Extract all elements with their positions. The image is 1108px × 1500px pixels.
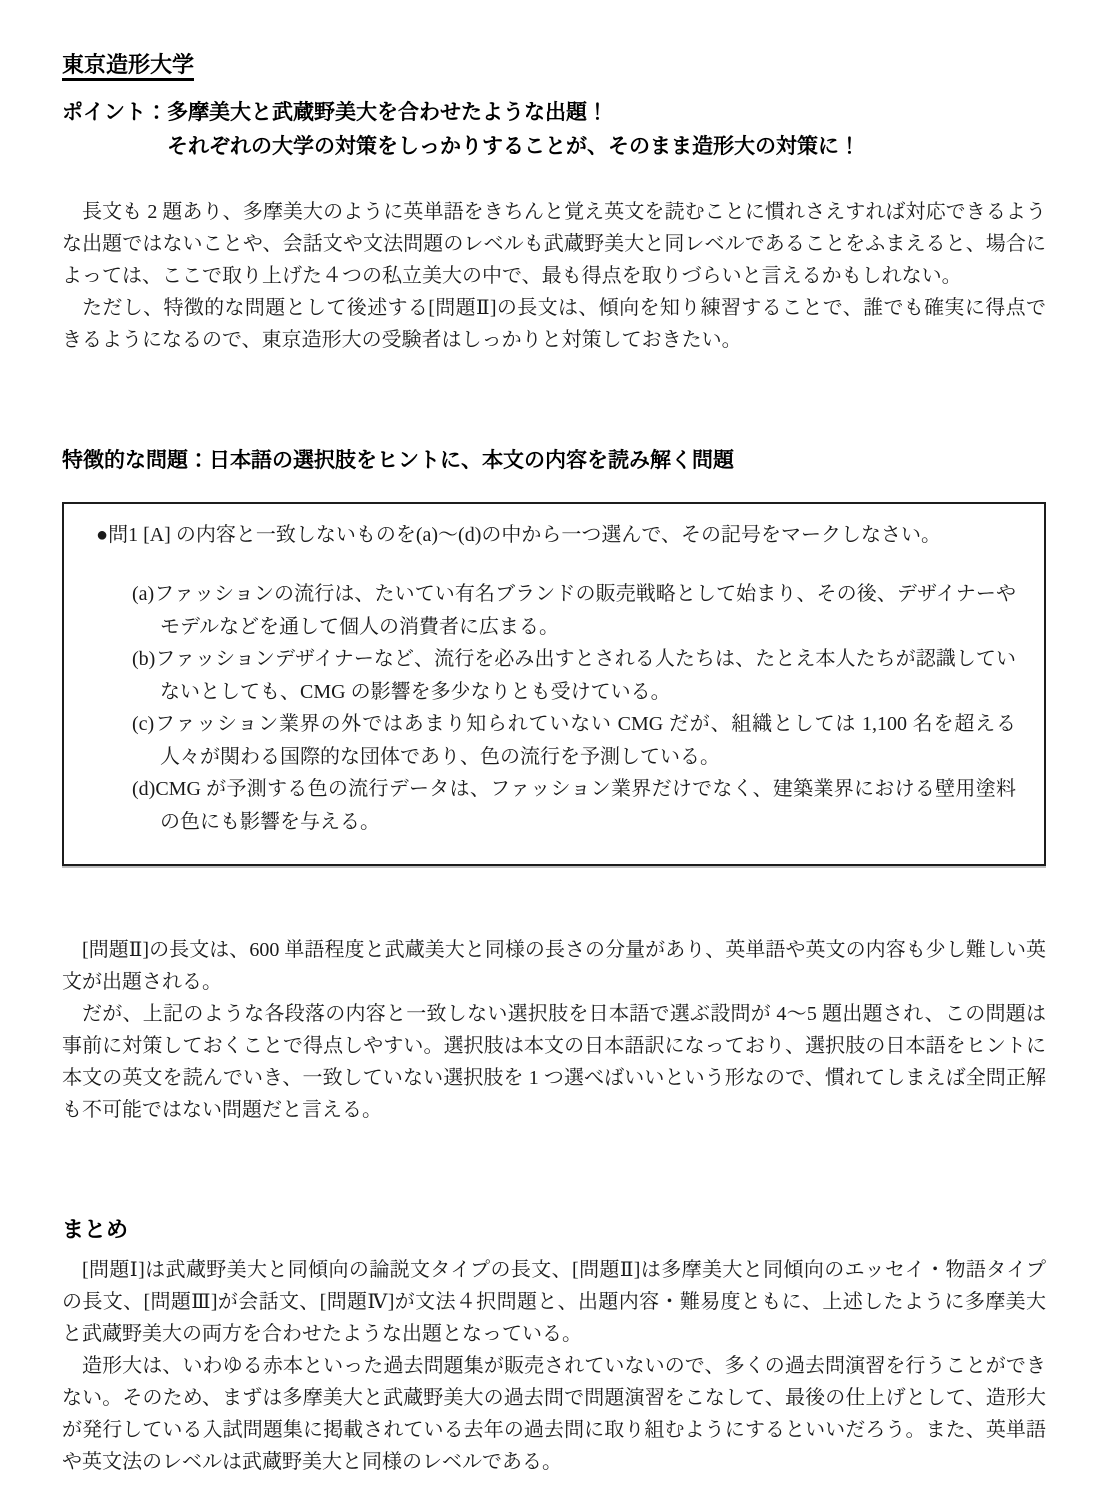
option-c-label: (c) [132, 713, 154, 735]
feature-section-heading: 特徴的な問題：日本語の選択肢をヒントに、本文の内容を読み解く問題 [62, 446, 1046, 476]
question-options: (a)ファッションの流行は、たいてい有名ブランドの販売戦略として始まり、その後、… [96, 578, 1016, 838]
question-prompt: ●問1 [A] の内容と一致しないものを(a)～(d)の中から一つ選んで、その記… [96, 518, 1016, 552]
example-question-box: ●問1 [A] の内容と一致しないものを(a)～(d)の中から一つ選んで、その記… [62, 502, 1046, 866]
document-page: 東京造形大学 ポイント： 多摩美大と武蔵野美大を合わせたような出題！ それぞれの… [0, 0, 1108, 1500]
point-line-1: 多摩美大と武蔵野美大を合わせたような出題！ [167, 96, 860, 130]
point-heading: ポイント： 多摩美大と武蔵野美大を合わせたような出題！ それぞれの大学の対策をし… [62, 96, 1046, 164]
option-b-label: (b) [132, 648, 155, 670]
summary-paragraph-2: 造形大は、いわゆる赤本といった過去問題集が販売されていないので、多くの過去問演習… [62, 1350, 1046, 1478]
option-b-text: ファッションデザイナーなど、流行を必み出すとされる人たちは、たとえ本人たちが認識… [155, 648, 1016, 703]
option-a-text: ファッションの流行は、たいてい有名ブランドの販売戦略として始まり、その後、デザイ… [154, 583, 1016, 638]
intro-section: 長文も 2 題あり、多摩美大のように英単語をきちんと覚え英文を読むことに慣れさえ… [62, 196, 1046, 356]
summary-heading: まとめ [62, 1214, 1046, 1246]
option-a: (a)ファッションの流行は、たいてい有名ブランドの販売戦略として始まり、その後、… [132, 578, 1016, 643]
option-d: (d)CMG が予測する色の流行データは、ファッション業界だけでなく、建築業界に… [132, 773, 1016, 838]
point-line-2: それぞれの大学の対策をしっかりすることが、そのまま造形大の対策に！ [167, 130, 860, 164]
summary-section: [問題Ⅰ]は武蔵野美大と同傾向の論説文タイプの長文、[問題Ⅱ]は多摩美大と同傾向… [62, 1254, 1046, 1478]
page-title: 東京造形大学 [62, 50, 1046, 80]
feature-paragraph-2: だが、上記のような各段落の内容と一致しない選択肢を日本語で選ぶ設問が 4～5 題… [62, 998, 1046, 1126]
option-d-label: (d) [132, 778, 155, 800]
intro-paragraph-1: 長文も 2 題あり、多摩美大のように英単語をきちんと覚え英文を読むことに慣れさえ… [62, 196, 1046, 292]
feature-commentary-section: [問題Ⅱ]の長文は、600 単語程度と武蔵美大と同様の長さの分量があり、英単語や… [62, 934, 1046, 1126]
option-a-label: (a) [132, 583, 154, 605]
option-b: (b)ファッションデザイナーなど、流行を必み出すとされる人たちは、たとえ本人たち… [132, 643, 1016, 708]
feature-paragraph-1: [問題Ⅱ]の長文は、600 単語程度と武蔵美大と同様の長さの分量があり、英単語や… [62, 934, 1046, 998]
option-c: (c)ファッション業界の外ではあまり知られていない CMG だが、組織としては … [132, 708, 1016, 773]
point-label: ポイント： [62, 96, 167, 164]
option-d-text: CMG が予測する色の流行データは、ファッション業界だけでなく、建築業界における… [155, 778, 1016, 833]
option-c-text: ファッション業界の外ではあまり知られていない CMG だが、組織としては 1,1… [154, 713, 1016, 768]
intro-paragraph-2: ただし、特徴的な問題として後述する[問題Ⅱ]の長文は、傾向を知り練習することで、… [62, 292, 1046, 356]
page-title-text: 東京造形大学 [62, 52, 194, 81]
point-lines: 多摩美大と武蔵野美大を合わせたような出題！ それぞれの大学の対策をしっかりするこ… [167, 96, 860, 164]
summary-paragraph-1: [問題Ⅰ]は武蔵野美大と同傾向の論説文タイプの長文、[問題Ⅱ]は多摩美大と同傾向… [62, 1254, 1046, 1350]
